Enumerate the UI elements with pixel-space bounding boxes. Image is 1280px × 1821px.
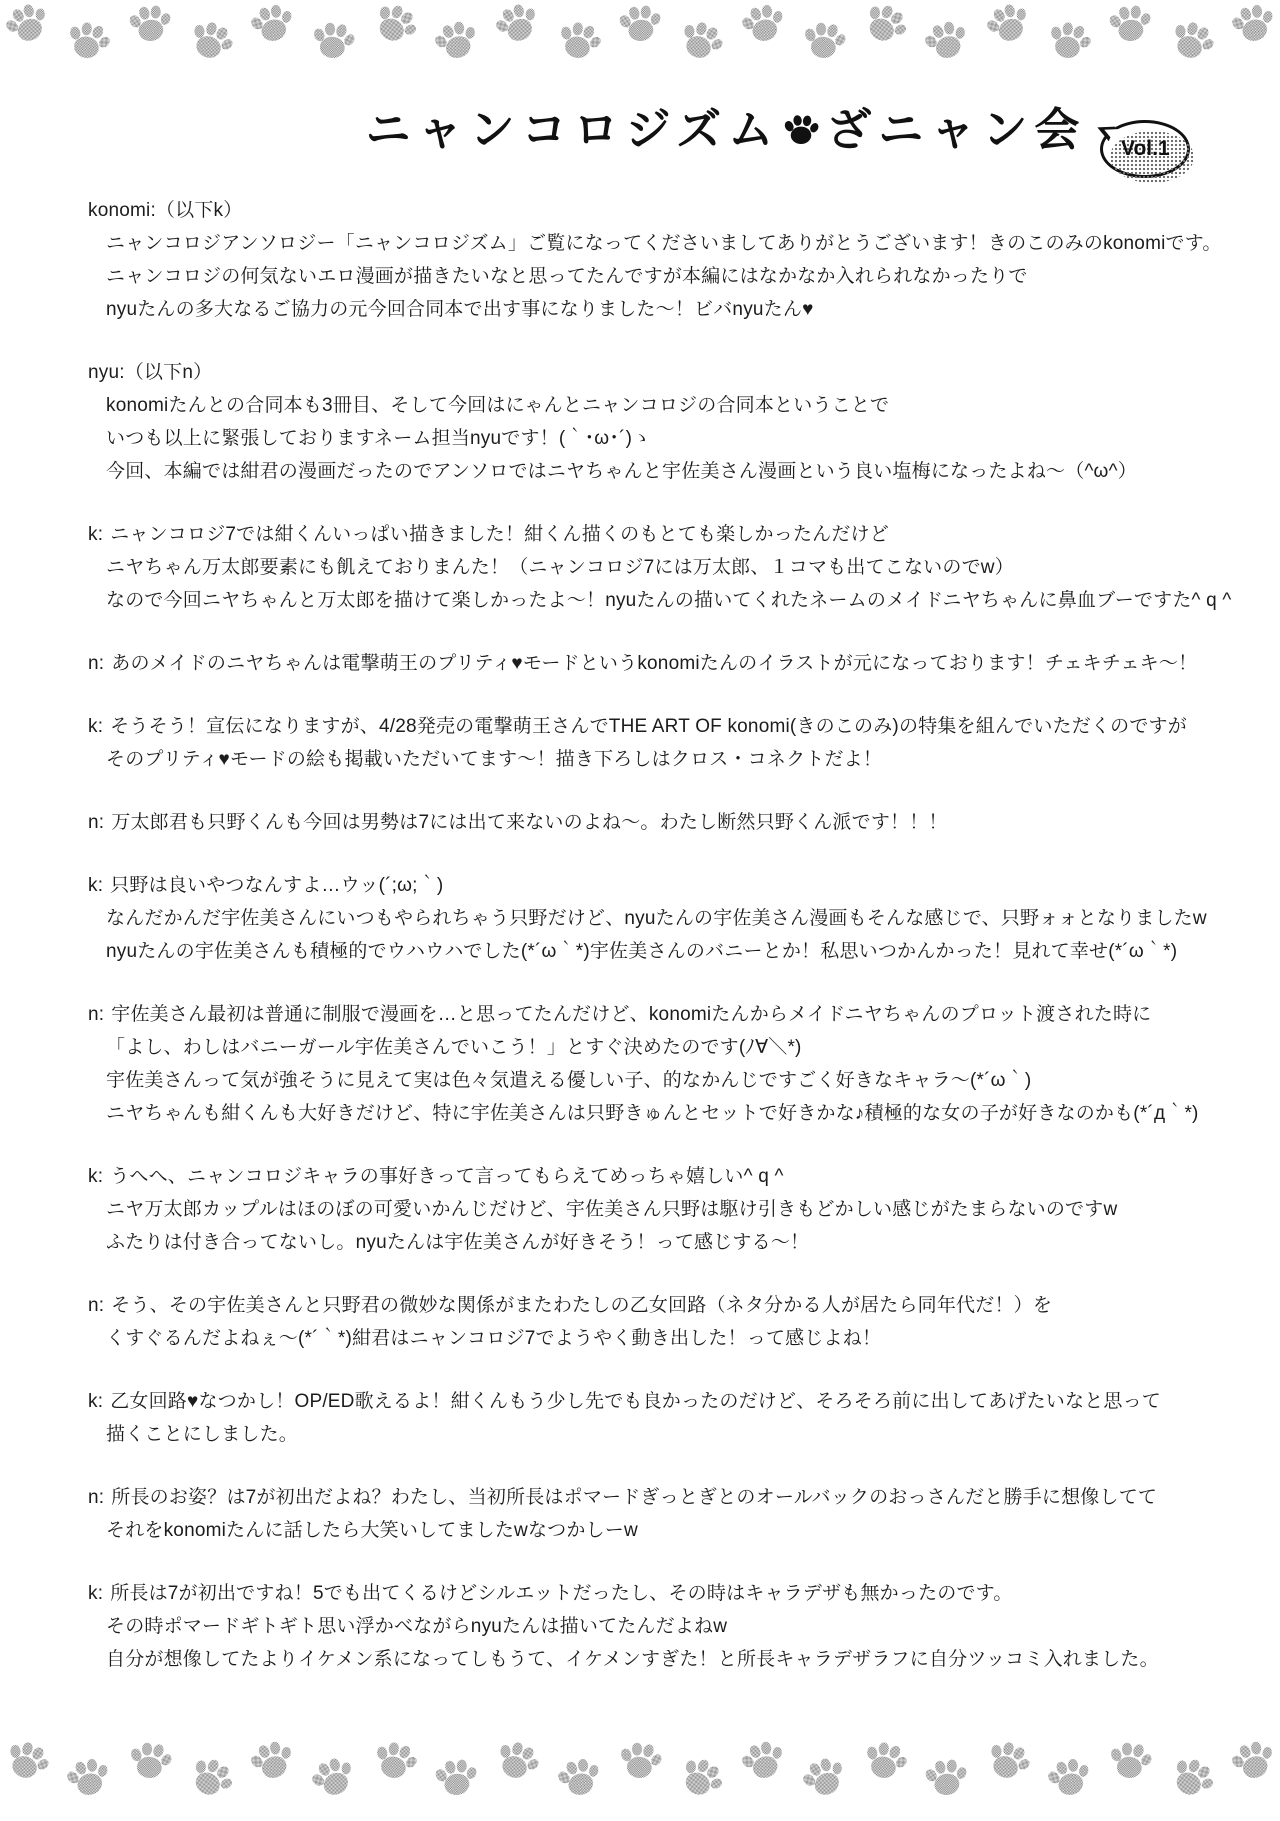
- paw-icon: [1162, 11, 1222, 71]
- dialogue-line: k:そうそう！宣伝になりますが、4/28発売の電撃萌王さんでTHE ART OF…: [88, 710, 1260, 743]
- paw-icon: [1160, 1747, 1223, 1810]
- paw-icon: [487, 0, 549, 55]
- speaker-label: n:: [88, 1295, 111, 1316]
- paw-icon: [0, 1731, 57, 1791]
- speaker-label: k:: [88, 1166, 110, 1187]
- dialogue-line: 宇佐美さんって気が強そうに見えて実は色々気遣える優しい子、的なかんじですごく好き…: [88, 1064, 1260, 1097]
- speaker-label: n:: [88, 1487, 111, 1508]
- speaker-label: k:: [88, 1391, 110, 1412]
- paw-icon: [363, 0, 426, 55]
- paw-icon: [60, 1750, 117, 1807]
- dialogue-line: k:乙女回路♥なつかし！OP/ED歌えるよ！紺くんもう少し先でも良かったのだけど…: [88, 1385, 1260, 1418]
- scanned-doujin-talk-page: ニャンコロジズム ざニャン会 Vol.1 konomi:（以下k）ニャンコロジア…: [0, 0, 1280, 1821]
- paw-icon: [793, 1747, 855, 1809]
- paw-icon: [917, 12, 976, 71]
- paw-icon: [303, 1747, 365, 1809]
- paw-icon: [430, 1752, 482, 1804]
- dialogue-line: nyuたんの宇佐美さんも積極的でウハウハでした(*´ω｀*)宇佐美さんのバニーと…: [88, 935, 1260, 968]
- paw-icon: [179, 1747, 242, 1810]
- dialogue-turn: k:只野は良いやつなんすよ…ウッ(´;ω;｀)なんだかんだ宇佐美さんにいつもやら…: [88, 869, 1260, 968]
- dialogue-turn: k:所長は7が初出ですね！5でも出てくるけどシルエットだったし、その時はキャラデ…: [88, 1577, 1260, 1676]
- speaker-label: konomi:（以下k）: [88, 200, 249, 221]
- paw-border-bottom: [0, 1739, 1280, 1813]
- speaker-label: nyu:（以下n）: [88, 362, 219, 383]
- dialogue-line: 今回、本編では紺君の漫画だったのでアンソロではニヤちゃんと宇佐美さん漫画という良…: [88, 455, 1260, 488]
- title-text-left: ニャンコロジズム: [366, 93, 781, 158]
- dialogue-turn: k:そうそう！宣伝になりますが、4/28発売の電撃萌王さんでTHE ART OF…: [88, 710, 1260, 776]
- dialogue-turn: konomi:（以下k）ニャンコロジアンソロジー「ニャンコロジズム」ご覧になって…: [88, 194, 1260, 326]
- paw-icon: [615, 1736, 666, 1787]
- paw-icon: [367, 1733, 423, 1789]
- paw-icon: [0, 0, 58, 55]
- paw-icon: [614, 0, 666, 50]
- paw-icon: [671, 11, 731, 71]
- paw-icon: [1223, 1732, 1280, 1791]
- paw-icon: [857, 1733, 913, 1789]
- dialogue-line: なので今回ニヤちゃんと万太郎を描けて楽しかったよ～！nyuたんの描いてくれたネー…: [88, 584, 1260, 617]
- paw-icon: [427, 12, 486, 71]
- paw-icon: [782, 111, 820, 149]
- dialogue-line: n:あのメイドのニヤちゃんは電撃萌王のプリティ♥モードというkonomiたんのイ…: [88, 647, 1260, 680]
- paw-icon: [487, 1731, 547, 1791]
- dialogue-line: その時ポマードギトギト思い浮かべながらnyuたんは描いてたんだよねw: [88, 1610, 1260, 1643]
- dialogue-line: k:うへへ、ニャンコロジキャラの事好きって言ってもらえてめっちゃ嬉しい^ q ^: [88, 1160, 1260, 1193]
- dialogue-line: nyuたんの多大なるご協力の元今回合同本で出す事になりました～！ビバnyuたん♥: [88, 293, 1260, 326]
- dialogue-turn: k:乙女回路♥なつかし！OP/ED歌えるよ！紺くんもう少し先でも良かったのだけど…: [88, 1385, 1260, 1451]
- dialogue-line: konomiたんとの合同本も3冊目、そして今回はにゃんとニャンコロジの合同本とい…: [88, 389, 1260, 422]
- dialogue-line: n:所長のお姿？は7が初出だよね？わたし、当初所長はポマードぎっとぎとのオールバ…: [88, 1481, 1260, 1514]
- paw-icon: [551, 13, 607, 69]
- dialogue-line: ニャンコロジの何気ないエロ漫画が描きたいなと思ってたんですが本編にはなかなか入れ…: [88, 260, 1260, 293]
- dialogue-turn: n:あのメイドのニヤちゃんは電撃萌王のプリティ♥モードというkonomiたんのイ…: [88, 647, 1260, 680]
- dialogue-turn: k:うへへ、ニャンコロジキャラの事好きって言ってもらえてめっちゃ嬉しい^ q ^…: [88, 1160, 1260, 1259]
- dialogue-line: k:所長は7が初出ですね！5でも出てくるけどシルエットだったし、その時はキャラデ…: [88, 1577, 1260, 1610]
- dialogue-line: n:万太郎君も只野くんも今回は男勢は7には出て来ないのよね～。わたし断然只野くん…: [88, 806, 1260, 839]
- dialogue-line: それをkonomiたんに話したら大笑いしてましたwなつかしーw: [88, 1514, 1260, 1547]
- paw-icon: [1105, 1736, 1156, 1787]
- volume-badge: Vol.1: [1100, 120, 1190, 178]
- speaker-label: n:: [88, 653, 111, 674]
- speaker-label: k:: [88, 524, 110, 545]
- paw-icon: [124, 0, 176, 50]
- paw-icon: [244, 0, 301, 52]
- volume-badge-label: Vol.1: [1121, 137, 1170, 161]
- dialogue-turn: n:そう、その宇佐美さんと只野君の微妙な関係がまたわたしの乙女回路（ネタ分かる人…: [88, 1289, 1260, 1355]
- dialogue-line: なんだかんだ宇佐美さんにいつもやられちゃう只野だけど、nyuたんの宇佐美さん漫画…: [88, 902, 1260, 935]
- paw-icon: [920, 1752, 972, 1804]
- paw-icon: [124, 1736, 175, 1787]
- paw-icon: [1104, 0, 1156, 50]
- paw-icon: [799, 16, 850, 67]
- paw-icon: [550, 1750, 607, 1807]
- paw-icon: [670, 1747, 733, 1810]
- dialogue-line: いつも以上に緊張しておりますネーム担当nyuです！(｀･ω･´)ゝ: [88, 422, 1260, 455]
- speaker-label: k:: [88, 875, 110, 896]
- dialogue-line: 「よし、わしはバニーガール宇佐美さんでいこう！」とすぐ決めたのです(ﾉ∀＼*): [88, 1031, 1260, 1064]
- paw-border-top: [0, 2, 1280, 76]
- paw-icon: [733, 1732, 792, 1791]
- dialogue-turn: nyu:（以下n）konomiたんとの合同本も3冊目、そして今回はにゃんとニャン…: [88, 356, 1260, 488]
- dialogue-line: k:只野は良いやつなんすよ…ウッ(´;ω;｀): [88, 869, 1260, 902]
- dialogue-line: ふたりは付き合ってないし。nyuたんは宇佐美さんが好きそう！って感じする～！: [88, 1226, 1260, 1259]
- page-title: ニャンコロジズム ざニャン会 Vol.1: [138, 92, 1280, 158]
- paw-icon: [1041, 1750, 1098, 1807]
- paw-icon: [308, 16, 359, 67]
- dialogue-body: konomi:（以下k）ニャンコロジアンソロジー「ニャンコロジズム」ご覧になって…: [0, 194, 1280, 1676]
- paw-icon: [854, 0, 917, 55]
- dialogue-line: ニャンコロジアンソロジー「ニャンコロジズム」ご覧になってくださいましてありがとう…: [88, 227, 1260, 260]
- paw-icon: [978, 1731, 1038, 1791]
- speaker-label: n:: [88, 812, 111, 833]
- paw-icon: [1224, 0, 1280, 52]
- paw-icon: [60, 13, 116, 69]
- dialogue-line: くすぐるんだよねぇ～(*´｀*)紺君はニャンコロジ7でようやく動き出した！って感…: [88, 1322, 1260, 1355]
- dialogue-line: 自分が想像してたよりイケメン系になってしもうて、イケメンすぎた！と所長キャラデザ…: [88, 1643, 1260, 1676]
- dialogue-turn: k:ニャンコロジ7では紺くんいっぱい描きました！紺くん描くのもとても楽しかったん…: [88, 518, 1260, 617]
- paw-icon: [734, 0, 791, 52]
- speaker-label: k:: [88, 1583, 110, 1604]
- dialogue-turn: n:宇佐美さん最初は普通に制服で漫画を…と思ってたんだけど、konomiたんから…: [88, 998, 1260, 1130]
- dialogue-line: n:宇佐美さん最初は普通に制服で漫画を…と思ってたんだけど、konomiたんから…: [88, 998, 1260, 1031]
- dialogue-line: n:そう、その宇佐美さんと只野君の微妙な関係がまたわたしの乙女回路（ネタ分かる人…: [88, 1289, 1260, 1322]
- speaker-label: n:: [88, 1004, 111, 1025]
- dialogue-line: k:ニャンコロジ7では紺くんいっぱい描きました！紺くん描くのもとても楽しかったん…: [88, 518, 1260, 551]
- title-text-right: ざニャン会: [826, 93, 1086, 158]
- paw-icon: [977, 0, 1039, 55]
- paw-icon: [243, 1732, 302, 1791]
- dialogue-line: 描くことにしました。: [88, 1418, 1260, 1451]
- dialogue-line: ニヤ万太郎カップルはほのぼの可愛いかんじだけど、宇佐美さん只野は駆け引きもどかし…: [88, 1193, 1260, 1226]
- paw-icon: [181, 11, 241, 71]
- paw-icon: [1041, 13, 1097, 69]
- speaker-label: k:: [88, 716, 110, 737]
- dialogue-turn: n:所長のお姿？は7が初出だよね？わたし、当初所長はポマードぎっとぎとのオールバ…: [88, 1481, 1260, 1547]
- dialogue-line: そのプリティ♥モードの絵も掲載いただいてます～！描き下ろしはクロス・コネクトだよ…: [88, 743, 1260, 776]
- dialogue-line: nyu:（以下n）: [88, 356, 1260, 389]
- dialogue-turn: n:万太郎君も只野くんも今回は男勢は7には出て来ないのよね～。わたし断然只野くん…: [88, 806, 1260, 839]
- dialogue-line: ニヤちゃん万太郎要素にも飢えておりまんた！（ニャンコロジ7には万太郎、１コマも出…: [88, 551, 1260, 584]
- dialogue-line: konomi:（以下k）: [88, 194, 1260, 227]
- dialogue-line: ニヤちゃんも紺くんも大好きだけど、特に宇佐美さんは只野きゅんとセットで好きかな♪…: [88, 1097, 1260, 1130]
